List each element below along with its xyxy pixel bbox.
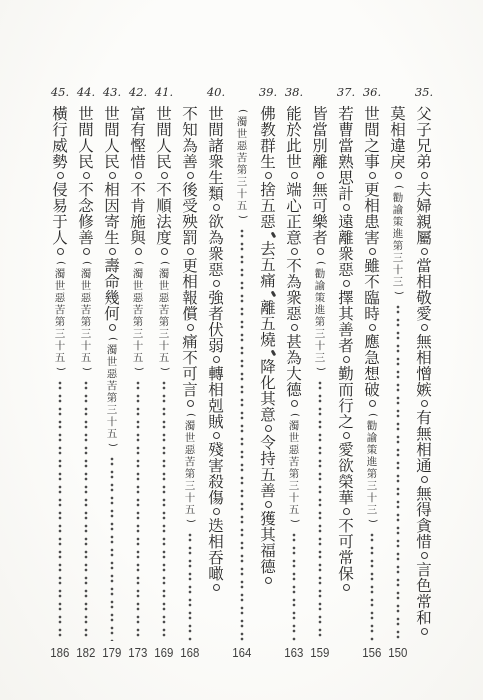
entry-text-char: 當 xyxy=(333,138,359,154)
entry-text-char: 不 xyxy=(359,274,385,290)
entry-text-char: 間 xyxy=(359,122,385,138)
entry-text-char: 相 xyxy=(177,274,203,290)
entry-note-char: 三 xyxy=(47,328,73,340)
toc-entry: 皆當別離無可樂者(勸諭策進第三十三)159 xyxy=(307,86,333,660)
entry-text-char: 世 xyxy=(281,154,307,170)
entry-text-char: 樂 xyxy=(307,214,333,230)
ideographic-comma xyxy=(271,291,276,297)
entry-note-char: 十 xyxy=(229,188,255,200)
close-paren: ) xyxy=(185,515,195,527)
toc-entry: 不知為善後受殃罰更相報償痛不可言(濁世惡苦第三十五)168 xyxy=(177,86,203,660)
entry-text-char: 寄 xyxy=(99,214,125,230)
entry-text-char: 教 xyxy=(255,122,281,138)
entry-note-char: 世 xyxy=(99,356,125,368)
entry-note-char: 濁 xyxy=(177,420,203,432)
entry-note-char: 苦 xyxy=(73,304,99,316)
entry-text-char: 善 xyxy=(177,154,203,170)
entry-note-char: 三 xyxy=(385,252,411,264)
entry-text-char: 惜 xyxy=(411,534,437,550)
entry-note-char: 苦 xyxy=(151,304,177,316)
entry-note-char: 進 xyxy=(359,456,385,468)
entry-text-char: 熟 xyxy=(333,154,359,170)
ideographic-period xyxy=(265,172,272,179)
entry-text-char: 福 xyxy=(255,543,281,559)
ideographic-comma xyxy=(271,350,276,356)
entry-text-char: 善 xyxy=(73,230,99,246)
entry-text-char: 無 xyxy=(411,426,437,442)
entry-text-char: 其 xyxy=(255,527,281,543)
dot-leader xyxy=(162,380,166,641)
entry-note-char: 十 xyxy=(307,340,333,352)
close-paren: ) xyxy=(133,363,143,375)
entry-text-char: 行 xyxy=(47,122,73,138)
ideographic-period xyxy=(343,204,350,211)
entry-text-char: 遠 xyxy=(333,214,359,230)
entry-number: 45. xyxy=(47,86,73,106)
entry-text-char: 強 xyxy=(203,290,229,306)
close-paren: ) xyxy=(159,363,169,375)
open-paren: ( xyxy=(393,181,403,193)
entry-note-char: 惡 xyxy=(125,292,151,304)
entry-text-char: 殘 xyxy=(203,442,229,458)
ideographic-period xyxy=(421,476,428,483)
entry-text-char: 不 xyxy=(177,106,203,122)
entry-page-number: 159 xyxy=(310,645,329,660)
ideographic-period xyxy=(369,400,376,407)
entry-text-char: 善 xyxy=(255,483,281,499)
ideographic-comma xyxy=(271,232,276,238)
entry-text-char: 降 xyxy=(255,359,281,375)
toc-entry: 42.富有慳惜不肯施與(濁世惡苦第三十五)173 xyxy=(125,86,151,660)
entry-text-char: 無 xyxy=(411,334,437,350)
entry-text-char: 肯 xyxy=(125,198,151,214)
entry-text-char: 易 xyxy=(47,198,73,214)
entry-text-char: 端 xyxy=(281,182,307,198)
entry-page-number: 182 xyxy=(76,645,95,660)
entry-note-char: 十 xyxy=(99,416,125,428)
entry-text-char: 言 xyxy=(411,562,437,578)
entry-text-char: 諸 xyxy=(203,138,229,154)
entry-number xyxy=(307,86,333,106)
dot-leader xyxy=(84,380,88,641)
entry-note-char: 第 xyxy=(47,316,73,328)
entry-text-char: 通 xyxy=(411,458,437,474)
entry-text-char: 間 xyxy=(73,122,99,138)
entry-text-char: 順 xyxy=(151,198,177,214)
ideographic-period xyxy=(343,280,350,287)
toc-entry: 41.世間人民不順法度(濁世惡苦第三十五)169 xyxy=(151,86,177,660)
entry-number: 43. xyxy=(99,86,125,106)
entry-text-char: 世 xyxy=(359,106,385,122)
ideographic-period xyxy=(265,577,272,584)
dot-leader xyxy=(110,456,114,641)
close-paren: ) xyxy=(315,363,325,375)
entry-page-number: 173 xyxy=(128,645,147,660)
entry-text-char: 報 xyxy=(177,290,203,306)
entry-text-char: 相 xyxy=(203,534,229,550)
entry-text-char: 者 xyxy=(203,306,229,322)
dot-leader xyxy=(318,380,322,641)
entry-text-char: 者 xyxy=(307,230,333,246)
toc-entry: 40.世間諸衆生類欲為衆惡強者伏弱轉相剋賊殘害殺傷迭相吞噉 xyxy=(203,86,229,660)
entry-text-char: 剋 xyxy=(203,398,229,414)
entry-text-char: 不 xyxy=(281,258,307,274)
entry-text-char: 傷 xyxy=(203,490,229,506)
ideographic-period xyxy=(291,324,298,331)
close-paren: ) xyxy=(367,515,377,527)
entry-number: 42. xyxy=(125,86,151,106)
close-paren: ) xyxy=(81,363,91,375)
entry-text-char: 有 xyxy=(411,410,437,426)
entry-note-char: 進 xyxy=(385,228,411,240)
entry-text-char: 五 xyxy=(255,316,281,332)
entry-note-char: 十 xyxy=(359,492,385,504)
entry-text-char: 民 xyxy=(151,154,177,170)
ideographic-period xyxy=(421,172,428,179)
entry-note-char: 策 xyxy=(307,292,333,304)
ideographic-period xyxy=(421,628,428,635)
ideographic-period xyxy=(187,400,194,407)
entry-note-char: 諭 xyxy=(359,432,385,444)
entry-note-char: 十 xyxy=(125,340,151,352)
entry-text-char: 可 xyxy=(333,534,359,550)
entry-text-char: 計 xyxy=(333,186,359,202)
entry-page-number: 150 xyxy=(388,645,407,660)
entry-text-char: 轉 xyxy=(203,366,229,382)
entry-text-char: 離 xyxy=(333,230,359,246)
entry-text-char: 者 xyxy=(333,338,359,354)
entry-note-char: 諭 xyxy=(385,204,411,216)
toc-columns: 35.父子兄弟夫婦親屬當相敬愛無相憎嫉有無相通無得貪惜言色常和莫相違戾(勸諭策進… xyxy=(45,86,437,660)
entry-note-char: 三 xyxy=(177,480,203,492)
entry-text-char: 相 xyxy=(359,198,385,214)
entry-text-char: 佛 xyxy=(255,106,281,122)
entry-note-char: 世 xyxy=(151,280,177,292)
entry-text-char: 能 xyxy=(281,106,307,122)
entry-note-char: 十 xyxy=(177,492,203,504)
close-paren: ) xyxy=(107,439,117,451)
entry-text-char: 生 xyxy=(203,170,229,186)
ideographic-period xyxy=(395,172,402,179)
entry-text-char: 之 xyxy=(359,138,385,154)
entry-note-char: 惡 xyxy=(151,292,177,304)
entry-text-char: 夫 xyxy=(411,182,437,198)
entry-number xyxy=(177,86,203,106)
entry-text-char: 不 xyxy=(125,182,151,198)
entry-text-char: 獲 xyxy=(255,511,281,527)
entry-note-char: 惡 xyxy=(73,292,99,304)
toc-entry: 38.能於此世端心正意不為衆惡甚為大德(濁世惡苦第三十五)163 xyxy=(281,86,307,660)
entry-text-char: 意 xyxy=(281,230,307,246)
entry-text-char: 可 xyxy=(177,366,203,382)
entry-text-char: 有 xyxy=(125,122,151,138)
ideographic-period xyxy=(187,248,194,255)
entry-text-char: 痛 xyxy=(177,334,203,350)
ideographic-period xyxy=(83,172,90,179)
entry-text-char: 之 xyxy=(333,414,359,430)
entry-text-char: 五 xyxy=(255,257,281,273)
entry-text-char: 雖 xyxy=(359,258,385,274)
entry-note-char: 諭 xyxy=(307,280,333,292)
entry-number: 39. xyxy=(255,86,281,106)
entry-note-char: 策 xyxy=(385,216,411,228)
entry-note-char: 第 xyxy=(385,240,411,252)
entry-page-number: 164 xyxy=(232,645,251,660)
entry-text-char: 相 xyxy=(411,442,437,458)
entry-text-char: 捨 xyxy=(255,182,281,198)
entry-text-char: 惡 xyxy=(281,306,307,322)
ideographic-period xyxy=(291,172,298,179)
entry-number xyxy=(385,86,411,106)
entry-note-char: 濁 xyxy=(47,268,73,280)
entry-text-char: 民 xyxy=(99,154,125,170)
entry-text-char: 戾 xyxy=(385,154,411,170)
entry-text-char: 衆 xyxy=(281,290,307,306)
entry-text-char: 幾 xyxy=(99,290,125,306)
entry-text-char: 想 xyxy=(359,366,385,382)
ideographic-period xyxy=(109,248,116,255)
entry-text-char: 殃 xyxy=(177,214,203,230)
entry-text-char: 心 xyxy=(281,198,307,214)
ideographic-period xyxy=(187,172,194,179)
ideographic-period xyxy=(135,172,142,179)
ideographic-period xyxy=(187,324,194,331)
entry-note-char: 濁 xyxy=(281,420,307,432)
entry-text-char: 急 xyxy=(359,350,385,366)
open-paren: ( xyxy=(55,257,65,269)
entry-text-char: 當 xyxy=(411,258,437,274)
entry-text-char: 應 xyxy=(359,334,385,350)
entry-text-char: 貪 xyxy=(411,518,437,534)
entry-text-char: 不 xyxy=(333,518,359,534)
entry-text-char: 衆 xyxy=(203,246,229,262)
ideographic-period xyxy=(343,508,350,515)
entry-note-char: 惡 xyxy=(281,444,307,456)
entry-text-char: 償 xyxy=(177,306,203,322)
ideographic-period xyxy=(421,552,428,559)
dot-leader xyxy=(396,304,400,641)
entry-text-char: 侵 xyxy=(47,182,73,198)
entry-text-char: 相 xyxy=(99,182,125,198)
ideographic-period xyxy=(213,204,220,211)
entry-text-char: 民 xyxy=(73,154,99,170)
entry-text-char: 德 xyxy=(281,382,307,398)
entry-text-char: 生 xyxy=(99,230,125,246)
entry-text-char: 愛 xyxy=(411,306,437,322)
entry-text-char: 甚 xyxy=(281,334,307,350)
entry-text-char: 殺 xyxy=(203,474,229,490)
entry-text-char: 度 xyxy=(151,230,177,246)
entry-note-char: 策 xyxy=(359,444,385,456)
entry-text-char: 可 xyxy=(307,198,333,214)
entry-text-char: 愛 xyxy=(333,442,359,458)
ideographic-period xyxy=(369,172,376,179)
entry-text-char: 生 xyxy=(255,154,281,170)
ideographic-period xyxy=(161,248,168,255)
entry-note-char: 三 xyxy=(99,404,125,416)
toc-entry: 36.世間之事更相患害雖不臨時應急想破(勸諭策進第三十三)156 xyxy=(359,86,385,660)
open-paren: ( xyxy=(315,257,325,269)
dot-leader xyxy=(240,228,244,641)
ideographic-period xyxy=(291,400,298,407)
entry-text-char: 因 xyxy=(99,198,125,214)
entry-note-char: 第 xyxy=(125,316,151,328)
entry-text-char: 憎 xyxy=(411,366,437,382)
entry-note-char: 世 xyxy=(229,128,255,140)
entry-text-char: 令 xyxy=(255,435,281,451)
entry-number: 36. xyxy=(359,86,385,106)
entry-text-char: 其 xyxy=(255,391,281,407)
entry-text-char: 保 xyxy=(333,566,359,582)
entry-text-char: 衆 xyxy=(203,154,229,170)
entry-note-char: 世 xyxy=(281,432,307,444)
entry-note-char: 十 xyxy=(281,492,307,504)
ideographic-period xyxy=(213,508,220,515)
entry-note-char: 勸 xyxy=(307,268,333,280)
entry-note-char: 十 xyxy=(151,340,177,352)
entry-note-char: 第 xyxy=(229,164,255,176)
entry-text-char: 屬 xyxy=(411,230,437,246)
entry-note-char: 進 xyxy=(307,304,333,316)
ideographic-period xyxy=(135,248,142,255)
entry-text-char: 人 xyxy=(151,138,177,154)
entry-text-char: 壽 xyxy=(99,258,125,274)
entry-text-char: 德 xyxy=(255,559,281,575)
dot-leader xyxy=(188,532,192,641)
entry-note-char: 世 xyxy=(73,280,99,292)
entry-text-char: 間 xyxy=(151,122,177,138)
open-paren: ( xyxy=(289,409,299,421)
ideographic-period xyxy=(317,248,324,255)
open-paren: ( xyxy=(133,257,143,269)
entry-text-char: 其 xyxy=(333,306,359,322)
entry-text-char: 群 xyxy=(255,138,281,154)
entry-text-char: 于 xyxy=(47,214,73,230)
entry-text-char: 橫 xyxy=(47,106,73,122)
entry-text-char: 相 xyxy=(411,274,437,290)
close-paren: ) xyxy=(289,515,299,527)
entry-page-number: 168 xyxy=(180,645,199,660)
entry-text-char: 衆 xyxy=(333,246,359,262)
ideographic-period xyxy=(317,172,324,179)
entry-text-char: 痛 xyxy=(255,273,281,289)
entry-text-char: 化 xyxy=(255,375,281,391)
entry-text-char: 皆 xyxy=(307,106,333,122)
entry-text-char: 離 xyxy=(307,154,333,170)
entry-text-char: 間 xyxy=(99,122,125,138)
entry-note-char: 十 xyxy=(385,264,411,276)
entry-note-char: 濁 xyxy=(99,344,125,356)
entry-text-char: 兄 xyxy=(411,138,437,154)
entry-text-char: 於 xyxy=(281,122,307,138)
entry-text-char: 何 xyxy=(99,306,125,322)
entry-text-char: 更 xyxy=(177,258,203,274)
entry-number: 44. xyxy=(73,86,99,106)
entry-text-char: 別 xyxy=(307,138,333,154)
entry-text-char: 知 xyxy=(177,122,203,138)
entry-note-char: 苦 xyxy=(125,304,151,316)
entry-text-char: 和 xyxy=(411,610,437,626)
entry-text-char: 弱 xyxy=(203,338,229,354)
entry-text-char: 相 xyxy=(385,122,411,138)
entry-text-char: 莫 xyxy=(385,106,411,122)
entry-number: 41. xyxy=(151,86,177,106)
toc-entry: 43.世間人民相因寄生壽命幾何(濁世惡苦第三十五)179 xyxy=(99,86,125,660)
entry-text-char: 無 xyxy=(307,182,333,198)
toc-entry: 45.橫行威勢侵易于人(濁世惡苦第三十五)186 xyxy=(47,86,73,660)
entry-note-char: 十 xyxy=(47,340,73,352)
entry-text-char: 後 xyxy=(177,182,203,198)
ideographic-period xyxy=(213,584,220,591)
entry-note-char: 第 xyxy=(73,316,99,328)
entry-page-number: 156 xyxy=(362,645,381,660)
dot-leader xyxy=(370,532,374,641)
entry-note-char: 第 xyxy=(281,468,307,480)
entry-text-char: 為 xyxy=(177,138,203,154)
entry-text-char: 人 xyxy=(47,230,73,246)
entry-text-char: 破 xyxy=(359,382,385,398)
toc-entry: 35.父子兄弟夫婦親屬當相敬愛無相憎嫉有無相通無得貪惜言色常和 xyxy=(411,86,437,660)
entry-text-char: 噉 xyxy=(203,566,229,582)
toc-entry: 37.若曹當熟思計遠離衆惡擇其善者勤而行之愛欲榮華不可常保 xyxy=(333,86,359,660)
entry-text-char: 罰 xyxy=(177,230,203,246)
entry-text-char: 意 xyxy=(255,407,281,423)
entry-note-char: 三 xyxy=(307,328,333,340)
entry-text-char: 賊 xyxy=(203,414,229,430)
ideographic-period xyxy=(213,280,220,287)
entry-text-char: 法 xyxy=(151,214,177,230)
entry-text-char: 威 xyxy=(47,138,73,154)
ideographic-period xyxy=(109,172,116,179)
ideographic-period xyxy=(343,584,350,591)
open-paren: ( xyxy=(237,105,247,117)
ideographic-period xyxy=(421,400,428,407)
ideographic-period xyxy=(161,172,168,179)
entry-text-char: 修 xyxy=(73,214,99,230)
entry-text-char: 為 xyxy=(203,230,229,246)
entry-text-char: 不 xyxy=(177,350,203,366)
entry-text-char: 害 xyxy=(203,458,229,474)
entry-text-char: 擇 xyxy=(333,290,359,306)
entry-note-char: 濁 xyxy=(229,116,255,128)
entry-text-char: 華 xyxy=(333,490,359,506)
entry-text-char: 間 xyxy=(203,122,229,138)
entry-text-char: 子 xyxy=(411,122,437,138)
entry-text-char: 弟 xyxy=(411,154,437,170)
entry-text-char: 善 xyxy=(333,322,359,338)
entry-text-char: 行 xyxy=(333,398,359,414)
entry-text-char: 五 xyxy=(255,198,281,214)
entry-text-char: 世 xyxy=(151,106,177,122)
entry-text-char: 得 xyxy=(411,502,437,518)
open-paren: ( xyxy=(185,409,195,421)
entry-page-number: 169 xyxy=(154,645,173,660)
entry-text-char: 此 xyxy=(281,138,307,154)
entry-text-char: 常 xyxy=(411,594,437,610)
entry-text-char: 不 xyxy=(151,182,177,198)
entry-text-char: 言 xyxy=(177,382,203,398)
ideographic-period xyxy=(343,356,350,363)
entry-note-char: 苦 xyxy=(177,456,203,468)
entry-note-char: 三 xyxy=(281,480,307,492)
entry-text-char: 持 xyxy=(255,451,281,467)
entry-text-char: 世 xyxy=(73,106,99,122)
entry-text-char: 害 xyxy=(359,230,385,246)
close-paren: ) xyxy=(237,211,247,223)
open-paren: ( xyxy=(81,257,91,269)
ideographic-period xyxy=(265,425,272,432)
entry-text-char: 大 xyxy=(281,366,307,382)
